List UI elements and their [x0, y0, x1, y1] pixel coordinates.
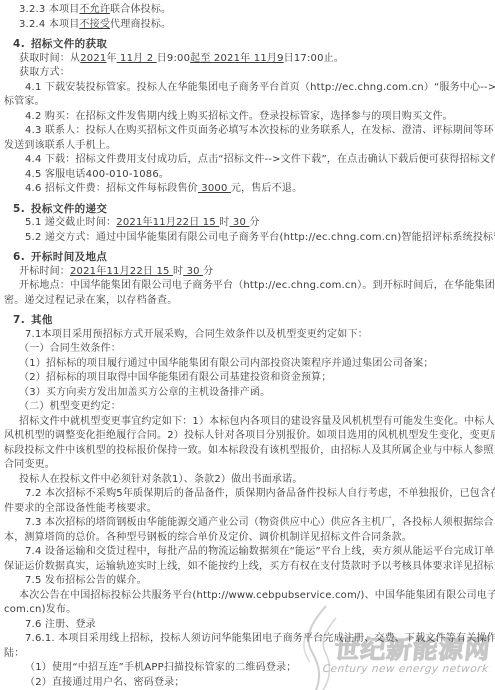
doc-text: 5.2 递交方式：通过中国华能集团有限公司电子商务平台(http://ec.ch…: [25, 232, 495, 243]
doc-line: 件要求的全部设备性能考核要求。: [0, 502, 495, 517]
doc-text: 5.: [13, 202, 31, 217]
doc-line: 本次公告在中国招标投标公共服务平台(http://www.cebpubservi…: [0, 589, 495, 604]
doc-text: 7.5 发布招标公告的媒介。: [25, 575, 147, 586]
doc-text: （2）招标标的项目取得中国华能集团有限公司基建投资和资金预算；: [19, 372, 332, 383]
doc-text: 联合体投标。: [110, 4, 171, 15]
doc-text: 7.: [13, 313, 31, 328]
doc-line: （3）买方向卖方发出加盖买方公章的主机设备排产函。: [0, 386, 495, 401]
doc-line: 7.1本项目采用预招标方式开展采购，合同生效条件以及机型变更约定如下：: [0, 328, 495, 343]
doc-text: 分: [203, 266, 213, 277]
doc-line: （1）使用“中招互连”手机APP扫描投标管家的二维码登录；: [0, 661, 495, 676]
doc-text: 4.4 下载：招标文件费用支付成功后，点击“招标文件-->文件下载”，在点击确认…: [25, 154, 495, 165]
doc-line: 7.6.1. 本项目采用线上招标，投标人须访问华能集团电子商务平台完成注册、交费…: [0, 632, 495, 647]
doc-text: 代理商投标。: [110, 19, 171, 30]
doc-line: 3.2.4 本项目不接受代理商投标。: [0, 18, 495, 33]
doc-text: 开标时间：: [19, 266, 70, 277]
doc-underlined-text: 不允许: [79, 4, 110, 15]
doc-text: 本，测算塔筒的总价。各种型号钢板的综合单价及定价、调价机制详见招标文件合同条款。: [4, 532, 412, 543]
doc-text: 3.2.4 本项目: [19, 19, 79, 30]
doc-line: 4.5 客服电话400-010-1086。: [0, 168, 495, 183]
doc-text: 分: [249, 217, 259, 228]
doc-line: 保证运价数据真实，运输轨迹实时上线，如不能按约上线，买方有权在支付货款时予以考核…: [0, 560, 495, 575]
doc-underlined-text: 11月 2: [117, 53, 157, 64]
doc-line: （1）招标标的项目履行通过中国华能集团有限公司内部投资决策程序并通过集团公司备案…: [0, 357, 495, 372]
doc-text: 获取方式：: [19, 67, 70, 78]
doc-text: （二）机型变更约定：: [19, 401, 121, 412]
doc-text: 标管家。: [4, 96, 45, 107]
doc-underlined-text: 2021年11月22日: [70, 266, 153, 277]
doc-underlined-text: 2021年11月22日: [116, 217, 199, 228]
doc-line: 7.4 设备运输和交货过程中，每批产品的物流运输数据须在“能运”平台上线，卖方须…: [0, 545, 495, 560]
doc-line: 密。递交过程记录在案，以存档备查。: [0, 294, 495, 309]
doc-line: 陆：: [0, 647, 495, 662]
doc-line: 7.3 本次招标的塔筒钢板由华能能源交通产业公司（物资供应中心）供应各主机厂，各…: [0, 516, 495, 531]
doc-line: 标管家。: [0, 95, 495, 110]
doc-line: （二）机型变更约定：: [0, 400, 495, 415]
doc-line: 合同变更。: [0, 458, 495, 473]
doc-text: 3.2.3 本项目: [19, 4, 79, 15]
doc-line: 获取方式：: [0, 66, 495, 81]
doc-text: 招标文件的获取: [31, 38, 107, 50]
doc-text: 获取时间：从: [19, 53, 80, 64]
doc-line: 5.2 递交方式：通过中国华能集团有限公司电子商务平台(http://ec.ch…: [0, 231, 495, 246]
doc-line: 开标地点：中国华能集团有限公司电子商务平台（http://ec.chng.com…: [0, 279, 495, 294]
doc-text: 年: [106, 53, 116, 64]
doc-text: 7.6 注册、登录: [25, 619, 96, 630]
doc-text: 风机机型的调整变化拒绝履行合同。2）投标人针对各项目分别报价。如项目选用的风机机…: [4, 430, 495, 441]
doc-underlined-text: 2021: [80, 53, 106, 64]
doc-line: （一）合同生效条件：: [0, 342, 495, 357]
doc-line: 发送到该联系人手机上。: [0, 139, 495, 154]
doc-text: 标段投标文件中该机型的投标报价保持一致。如本标段没有该机型报价，由招标人及其所属…: [4, 445, 495, 456]
doc-text: 密。递交过程记录在案，以存档备查。: [4, 295, 177, 306]
doc-line: 7.其他: [0, 313, 495, 328]
doc-text: （1）使用“中招互连”手机APP扫描投标管家的二维码登录；: [25, 662, 296, 673]
doc-line: 5.投标文件的递交: [0, 202, 495, 217]
doc-text: 时: [219, 217, 229, 228]
doc-line: 4.6 招标文件费：招标文件每标段售价 3000 元，售后不退。: [0, 182, 495, 197]
doc-text: 本次公告在中国招标投标公共服务平台(http://www.cebpubservi…: [19, 590, 495, 601]
doc-text: 4.2 购买：在招标文件发售期内线上购买招标文件。登录投标管家，选择参与的项目购…: [25, 111, 453, 122]
doc-underlined-text: 起至 2021年 11月9: [190, 53, 284, 64]
doc-underlined-text: 30: [230, 217, 250, 228]
doc-line: 4.3 联系人：投标人在购买招标文件页面务必填写本次投标的业务联系人，在发标、澄…: [0, 124, 495, 139]
doc-line: （2）招标标的项目取得中国华能集团有限公司基建投资和资金预算；: [0, 371, 495, 386]
doc-text: （一）合同生效条件：: [19, 343, 121, 354]
doc-text: 6.: [13, 250, 31, 265]
doc-underlined-text: 3000: [198, 183, 231, 194]
doc-text: 件要求的全部设备性能考核要求。: [4, 503, 157, 514]
doc-line: com.cn)发布。: [0, 603, 495, 618]
doc-text: 5.1 递交截止时间：: [25, 217, 116, 228]
doc-line: 4.1 下载安装投标管家。投标人在华能集团电子商务平台首页（http://ec.…: [0, 81, 495, 96]
doc-text: 4.: [13, 37, 31, 52]
doc-text: （1）招标标的项目履行通过中国华能集团有限公司内部投资决策程序并通过集团公司备案…: [19, 358, 434, 369]
doc-text: com.cn)发布。: [4, 604, 76, 615]
doc-line: 4.4 下载：招标文件费用支付成功后，点击“招标文件-->文件下载”，在点击确认…: [0, 153, 495, 168]
doc-line: 7.2 本次招标不采购5年质保期后的备品备件，质保期内备品备件投标人自行考虑，不…: [0, 487, 495, 502]
doc-text: 开标时间及地点: [31, 251, 107, 263]
doc-line: 4.2 购买：在招标文件发售期内线上购买招标文件。登录投标管家，选择参与的项目购…: [0, 110, 495, 125]
doc-line: 6.开标时间及地点: [0, 250, 495, 265]
doc-line: （2）直接通过用户名、密码登录；: [0, 676, 495, 690]
doc-underlined-text: 不接受: [79, 19, 110, 30]
doc-line: 标段投标文件中该机型的投标报价保持一致。如本标段没有该机型报价，由招标人及其所属…: [0, 444, 495, 459]
doc-line: 招标文件中就机型变更事宜约定如下：1）本标包内各项目的建设容量及风机机型有可能发…: [0, 415, 495, 430]
doc-text: 7.1本项目采用预招标方式开展采购，合同生效条件以及机型变更约定如下：: [25, 329, 368, 340]
doc-text: 投标人在投标文件中必须针对条款1）、条款2）做出书面承诺。: [19, 474, 303, 485]
doc-text: 4.5 客服电话400-010-1086。: [25, 169, 169, 180]
doc-text: 保证运价数据真实，运输轨迹实时上线，如不能按约上线，买方有权在支付货款时予以考核…: [4, 561, 495, 572]
doc-text: 4.6 招标文件费：招标文件每标段售价: [25, 183, 198, 194]
doc-text: 时: [173, 266, 183, 277]
doc-text: 陆：: [4, 648, 24, 659]
doc-text: 7.2 本次招标不采购5年质保期后的备品备件，质保期内备品备件投标人自行考虑，不…: [25, 488, 495, 499]
doc-line: 4.招标文件的获取: [0, 37, 495, 52]
doc-text: 7.3 本次招标的塔筒钢板由华能能源交通产业公司（物资供应中心）供应各主机厂，各…: [25, 517, 495, 528]
doc-text: 发送到该联系人手机上。: [4, 140, 116, 151]
doc-text: 日17:00止。: [284, 53, 344, 64]
doc-line: 获取时间：从2021年 11月 2 日9:00起至 2021年 11月9日17:…: [0, 52, 495, 67]
doc-text: 4.3 联系人：投标人在购买招标文件页面务必填写本次投标的业务联系人，在发标、澄…: [25, 125, 495, 136]
doc-text: （3）买方向卖方发出加盖买方公章的主机设备排产函。: [19, 387, 270, 398]
doc-text: 7.6.1. 本项目采用线上招标，投标人须访问华能集团电子商务平台完成注册、交费…: [25, 633, 495, 644]
document-body: 3.2.3 本项目不允许联合体投标。3.2.4 本项目不接受代理商投标。4.招标…: [0, 3, 495, 690]
doc-line: 开标时间：2021年11月22日 15 时 30 分: [0, 265, 495, 280]
doc-text: （2）直接通过用户名、密码登录；: [25, 677, 185, 688]
doc-line: 3.2.3 本项目不允许联合体投标。: [0, 3, 495, 18]
doc-line: 7.6 注册、登录: [0, 618, 495, 633]
doc-line: 7.5 发布招标公告的媒介。: [0, 574, 495, 589]
doc-underlined-text: 30: [183, 266, 203, 277]
doc-text: 4.1 下载安装投标管家。投标人在华能集团电子商务平台首页（http://ec.…: [25, 82, 495, 93]
doc-line: 5.1 递交截止时间：2021年11月22日 15 时 30 分: [0, 216, 495, 231]
doc-text: 合同变更。: [4, 459, 55, 470]
doc-line: 投标人在投标文件中必须针对条款1）、条款2）做出书面承诺。: [0, 473, 495, 488]
doc-text: 其他: [31, 314, 53, 326]
doc-line: 本，测算塔筒的总价。各种型号钢板的综合单价及定价、调价机制详见招标文件合同条款。: [0, 531, 495, 546]
doc-text: 元，售后不退。: [231, 183, 302, 194]
doc-text: 日9:00: [157, 53, 190, 64]
doc-text: 7.4 设备运输和交货过程中，每批产品的物流运输数据须在“能运”平台上线，卖方须…: [25, 546, 495, 557]
doc-underlined-text: 15: [199, 217, 219, 228]
doc-text: 招标文件中就机型变更事宜约定如下：1）本标包内各项目的建设容量及风机机型有可能发…: [19, 416, 495, 427]
doc-text: 开标地点：中国华能集团有限公司电子商务平台（http://ec.chng.com…: [19, 280, 495, 291]
doc-text: 投标文件的递交: [31, 203, 107, 215]
doc-underlined-text: 15: [153, 266, 173, 277]
doc-line: 风机机型的调整变化拒绝履行合同。2）投标人针对各项目分别报价。如项目选用的风机机…: [0, 429, 495, 444]
document-page: 3.2.3 本项目不允许联合体投标。3.2.4 本项目不接受代理商投标。4.招标…: [0, 0, 495, 690]
